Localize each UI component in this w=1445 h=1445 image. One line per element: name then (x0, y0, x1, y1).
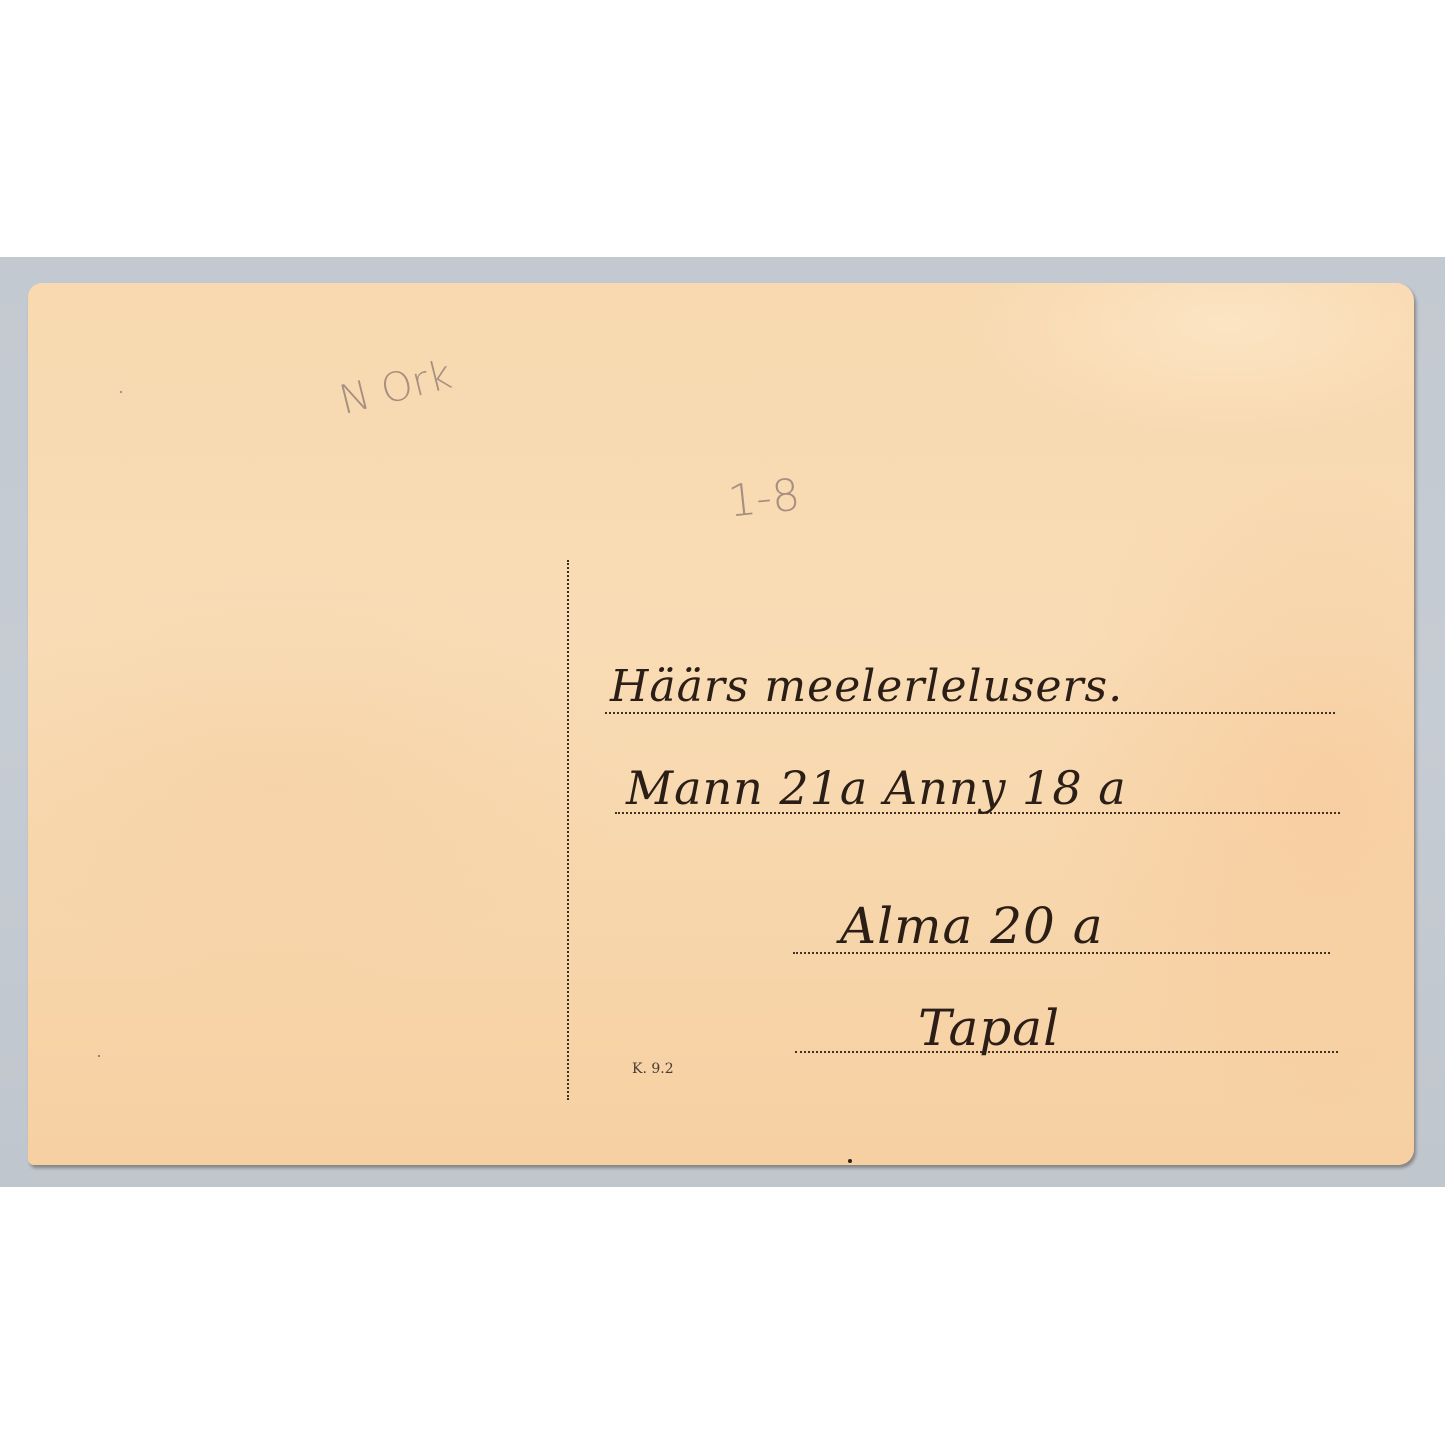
message-line-4: Tapal (918, 999, 1060, 1057)
pencil-note-number: 1-8 (726, 469, 803, 527)
message-line-3: Alma 20 a (840, 897, 1104, 955)
message-line-1: Häärs meelerlelusers. (610, 661, 1123, 712)
address-divider (567, 560, 569, 1100)
address-line-1 (605, 712, 1335, 714)
address-line-4 (795, 1051, 1338, 1053)
message-line-2: Mann 21a Anny 18 a (626, 761, 1127, 815)
ink-speck (848, 1159, 852, 1163)
ink-speck (120, 391, 122, 393)
printed-publisher-code: K. 9.2 (632, 1061, 674, 1077)
postcard-back: N Ork 1-8 K. 9.2 Häärs meelerlelusers. M… (28, 283, 1414, 1165)
pencil-note-top-left: N Ork (335, 352, 456, 424)
ink-speck (98, 1055, 100, 1057)
